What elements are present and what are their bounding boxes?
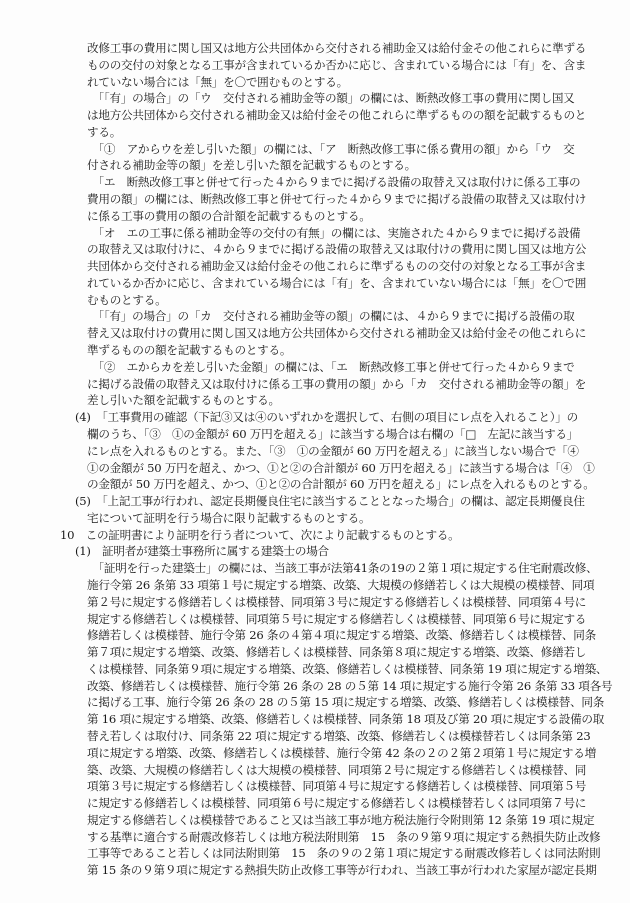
text-line: 費用の額」の欄には、断熱改修工事と併せて行った４から９までに掲げる設備の取替え又… (87, 192, 586, 206)
text-line: 宅について証明を行う場合に限り記載するものとする。 (87, 511, 370, 525)
text-line: れているか否かに応じ、含まれている場合には「有」を、含まれていない場合には「無」… (87, 276, 586, 290)
text-line: に規定する修繕若しくは模様替、同項第６号に規定する修繕若しくは模様替若しくは同項… (87, 796, 586, 810)
text-line: 替え若しくは取付け、同条第 22 項に規定する増築、改築、修繕若しくは模様替若し… (87, 729, 590, 743)
text-line: の取替え又は取付けに、４から９までに掲げる設備の取替え又は取付けの費用に関し国又… (87, 242, 586, 256)
text-line: (5) 「上記工事が行われ、認定長期優良住宅に該当することとなった場合」の欄は、… (75, 494, 585, 508)
text-line: れていない場合には「無」を〇で囲むものとする。 (87, 75, 348, 89)
text-line: 付される補助金等の額」を差し引いた額を記載するものとする。 (87, 158, 416, 172)
text-line: 欄のうち、「③ ①の金額が 60 万円を超える」に該当する場合は右欄の「□ 左記… (87, 427, 578, 441)
text-line: 改修工事の費用に関し国又は地方公共団体から交付される補助金又は給付金その他これら… (87, 41, 586, 55)
text-line: する基準に適合する耐震改修若しくは地方税法附則第 15 条の９第９項に規定する熱… (87, 830, 600, 844)
text-line: 「「有」の場合」の「カ 交付される補助金等の額」の欄には、４から９までに掲げる設… (87, 309, 575, 323)
text-line: の金額が 50 万円を超え、かつ、①と②の合計額が 60 万円を超える」にレ点を… (87, 477, 595, 491)
text-line: に掲げる工事、施行令第 26 条の 28 の５第 15 項に規定する増築、改築、… (87, 695, 604, 709)
text-line: むものとする。 (87, 293, 166, 307)
text-line: 規定する修繕若しくは模様替であること又は当該工事が地方税法施行令附則第 12 条… (87, 813, 594, 827)
text-line: 替え又は取付けの費用に関し国又は地方公共団体から交付される補助金又は給付金その他… (87, 326, 586, 340)
text-line: にレ点を入れるものとする。また、「③ ①の金額が 60 万円を超える」に該当しな… (87, 444, 579, 458)
text-line: (1) 証明者が建築士事務所に属する建築士の場合 (75, 544, 329, 558)
text-line: 共団体から交付される補助金又は給付金その他これらに準ずるものの交付の対象となる工… (87, 259, 586, 273)
text-line: に掲げる設備の取替え又は取付けに係る工事の費用の額」から「カ 交付される補助金等… (87, 377, 586, 391)
text-line: は地方公共団体から交付される補助金又は給付金その他これらに準ずるものの額を記載す… (87, 108, 586, 122)
text-line: 第 16 項に規定する増築、改築、修繕若しくは模様替、同条第 18 項及び第 2… (87, 712, 604, 726)
text-line: 差し引いた額を記載するものとする。 (87, 393, 280, 407)
text-line: くは模様替、同条第９項に規定する増築、改築、修繕若しくは模様替、同条第 19 項… (87, 662, 607, 676)
text-line: 項第３号に規定する修繕若しくは模様替、同項第４号に規定する修繕若しくは模様替、同… (87, 779, 586, 793)
text-line: 「証明を行った建築士」の欄には、当該工事が法第41条の19の２第１項に規定する住… (87, 561, 598, 575)
text-line: 改築、修繕若しくは模様替、施行令第 26 条の 28 の５第 14 項に規定する… (87, 679, 612, 693)
text-line: 第 15 条の９第９項に規定する熱損失防止改修工事等が行われ、当該工事が行われた… (87, 863, 597, 877)
text-line: 「オ エの工事に係る補助金等の交付の有無」の欄には、実施された４から９までに掲げ… (87, 226, 580, 240)
text-line: ①の金額が 50 万円を超え、かつ、①と②の合計額が 60 万円を超える」に該当… (87, 461, 595, 475)
text-line: 第７項に規定する増築、改築、修繕若しくは模様替、同条第８項に規定する増築、改築、… (87, 645, 586, 659)
text-line: 修繕若しくは模様替、施行令第 26 条の４第４項に規定する増築、改築、修繕若しく… (87, 628, 596, 642)
text-line: 「① アからウを差し引いた額」の欄には、「ア 断熱改修工事に係る費用の額」から「… (87, 142, 575, 156)
text-line: に係る工事の費用の額の合計額を記載するものとする。 (87, 209, 371, 223)
text-line: 準ずるものの額を記載するものとする。 (87, 343, 291, 357)
text-line: 規定する修繕若しくは模様替、同項第５号に規定する修繕若しくは模様替、同項第６号に… (87, 612, 586, 626)
text-line: 「エ 断熱改修工事と併せて行った４から９までに掲げる設備の取替え又は取付けに係る… (87, 175, 580, 189)
text-line: ものの交付の対象となる工事が含まれているか否かに応じ、含まれている場合には「有」… (87, 58, 586, 72)
text-line: 施行令第 26 条第 33 項第１号に規定する増築、改築、大規模の修繕若しくは大… (87, 578, 594, 592)
text-line: 工事等であること若しくは同法附則第 15 条の９の２第１項に規定する耐震改修若し… (87, 846, 600, 860)
text-line: (4) 「工事費用の確認（下記③又は④のいずれかを選択して、右側の項目にレ点を入… (75, 410, 578, 424)
text-line: する。 (87, 125, 121, 139)
text-line: 第２号に規定する修繕若しくは模様替、同項第３号に規定する修繕若しくは模様替、同項… (87, 595, 586, 609)
text-line: 「「有」の場合」の「ウ 交付される補助金等の額」の欄には、断熱改修工事の費用に関… (87, 91, 575, 105)
text-line: 「② エからカを差し引いた金額」の欄には、「エ 断熱改修工事と併せて行った４から… (87, 360, 575, 374)
text-line: 10 この証明書により証明を行う者について、次により記載するものとする。 (60, 528, 459, 542)
text-line: 項に規定する増築、改築、修繕若しくは模様替、施行令第 42 条の２の２第２項第１… (87, 746, 596, 760)
text-line: 築、改築、大規模の修繕若しくは大規模の模様替、同項第２号に規定する修繕若しくは模… (87, 763, 586, 777)
